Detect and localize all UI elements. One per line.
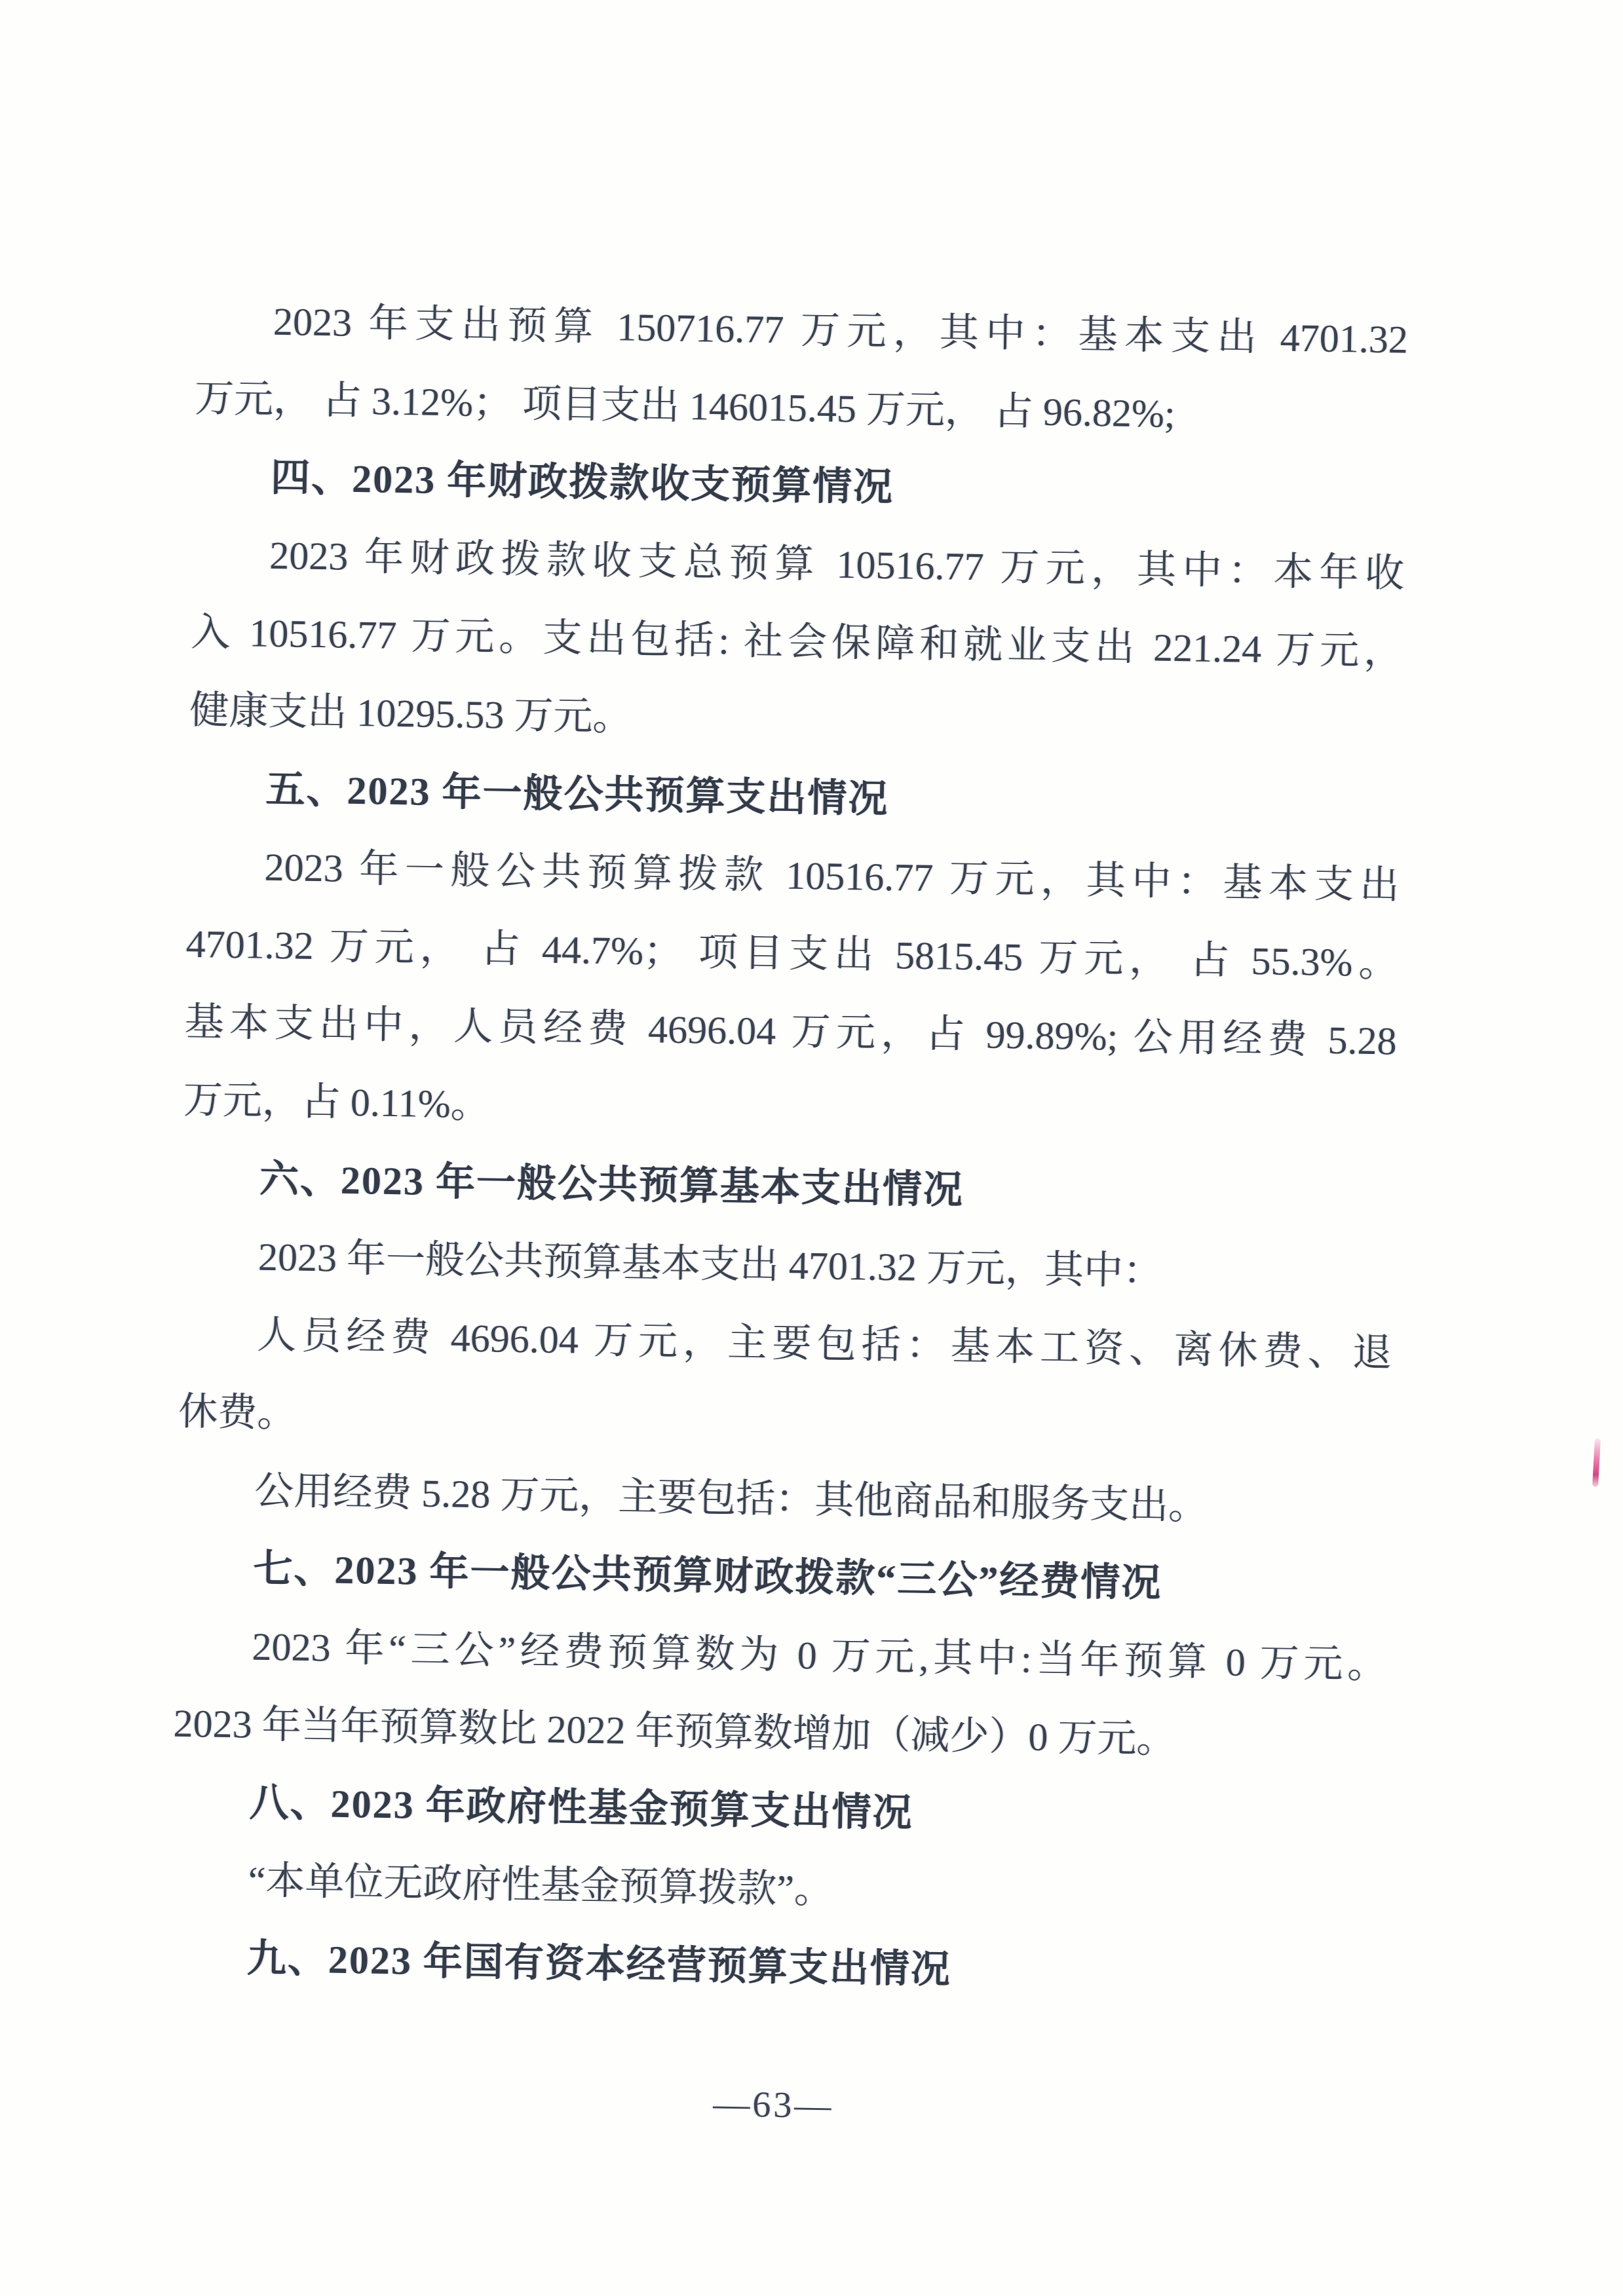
red-scan-artifact [1592, 1439, 1601, 1487]
page-number: —63— [167, 2057, 1380, 2142]
scanned-document-page: 2023 年支出预算 150716.77 万元，其中：基本支出 4701.32 … [0, 0, 1623, 2296]
document-body: 2023 年支出预算 150716.77 万元，其中：基本支出 4701.32 … [167, 282, 1409, 2141]
